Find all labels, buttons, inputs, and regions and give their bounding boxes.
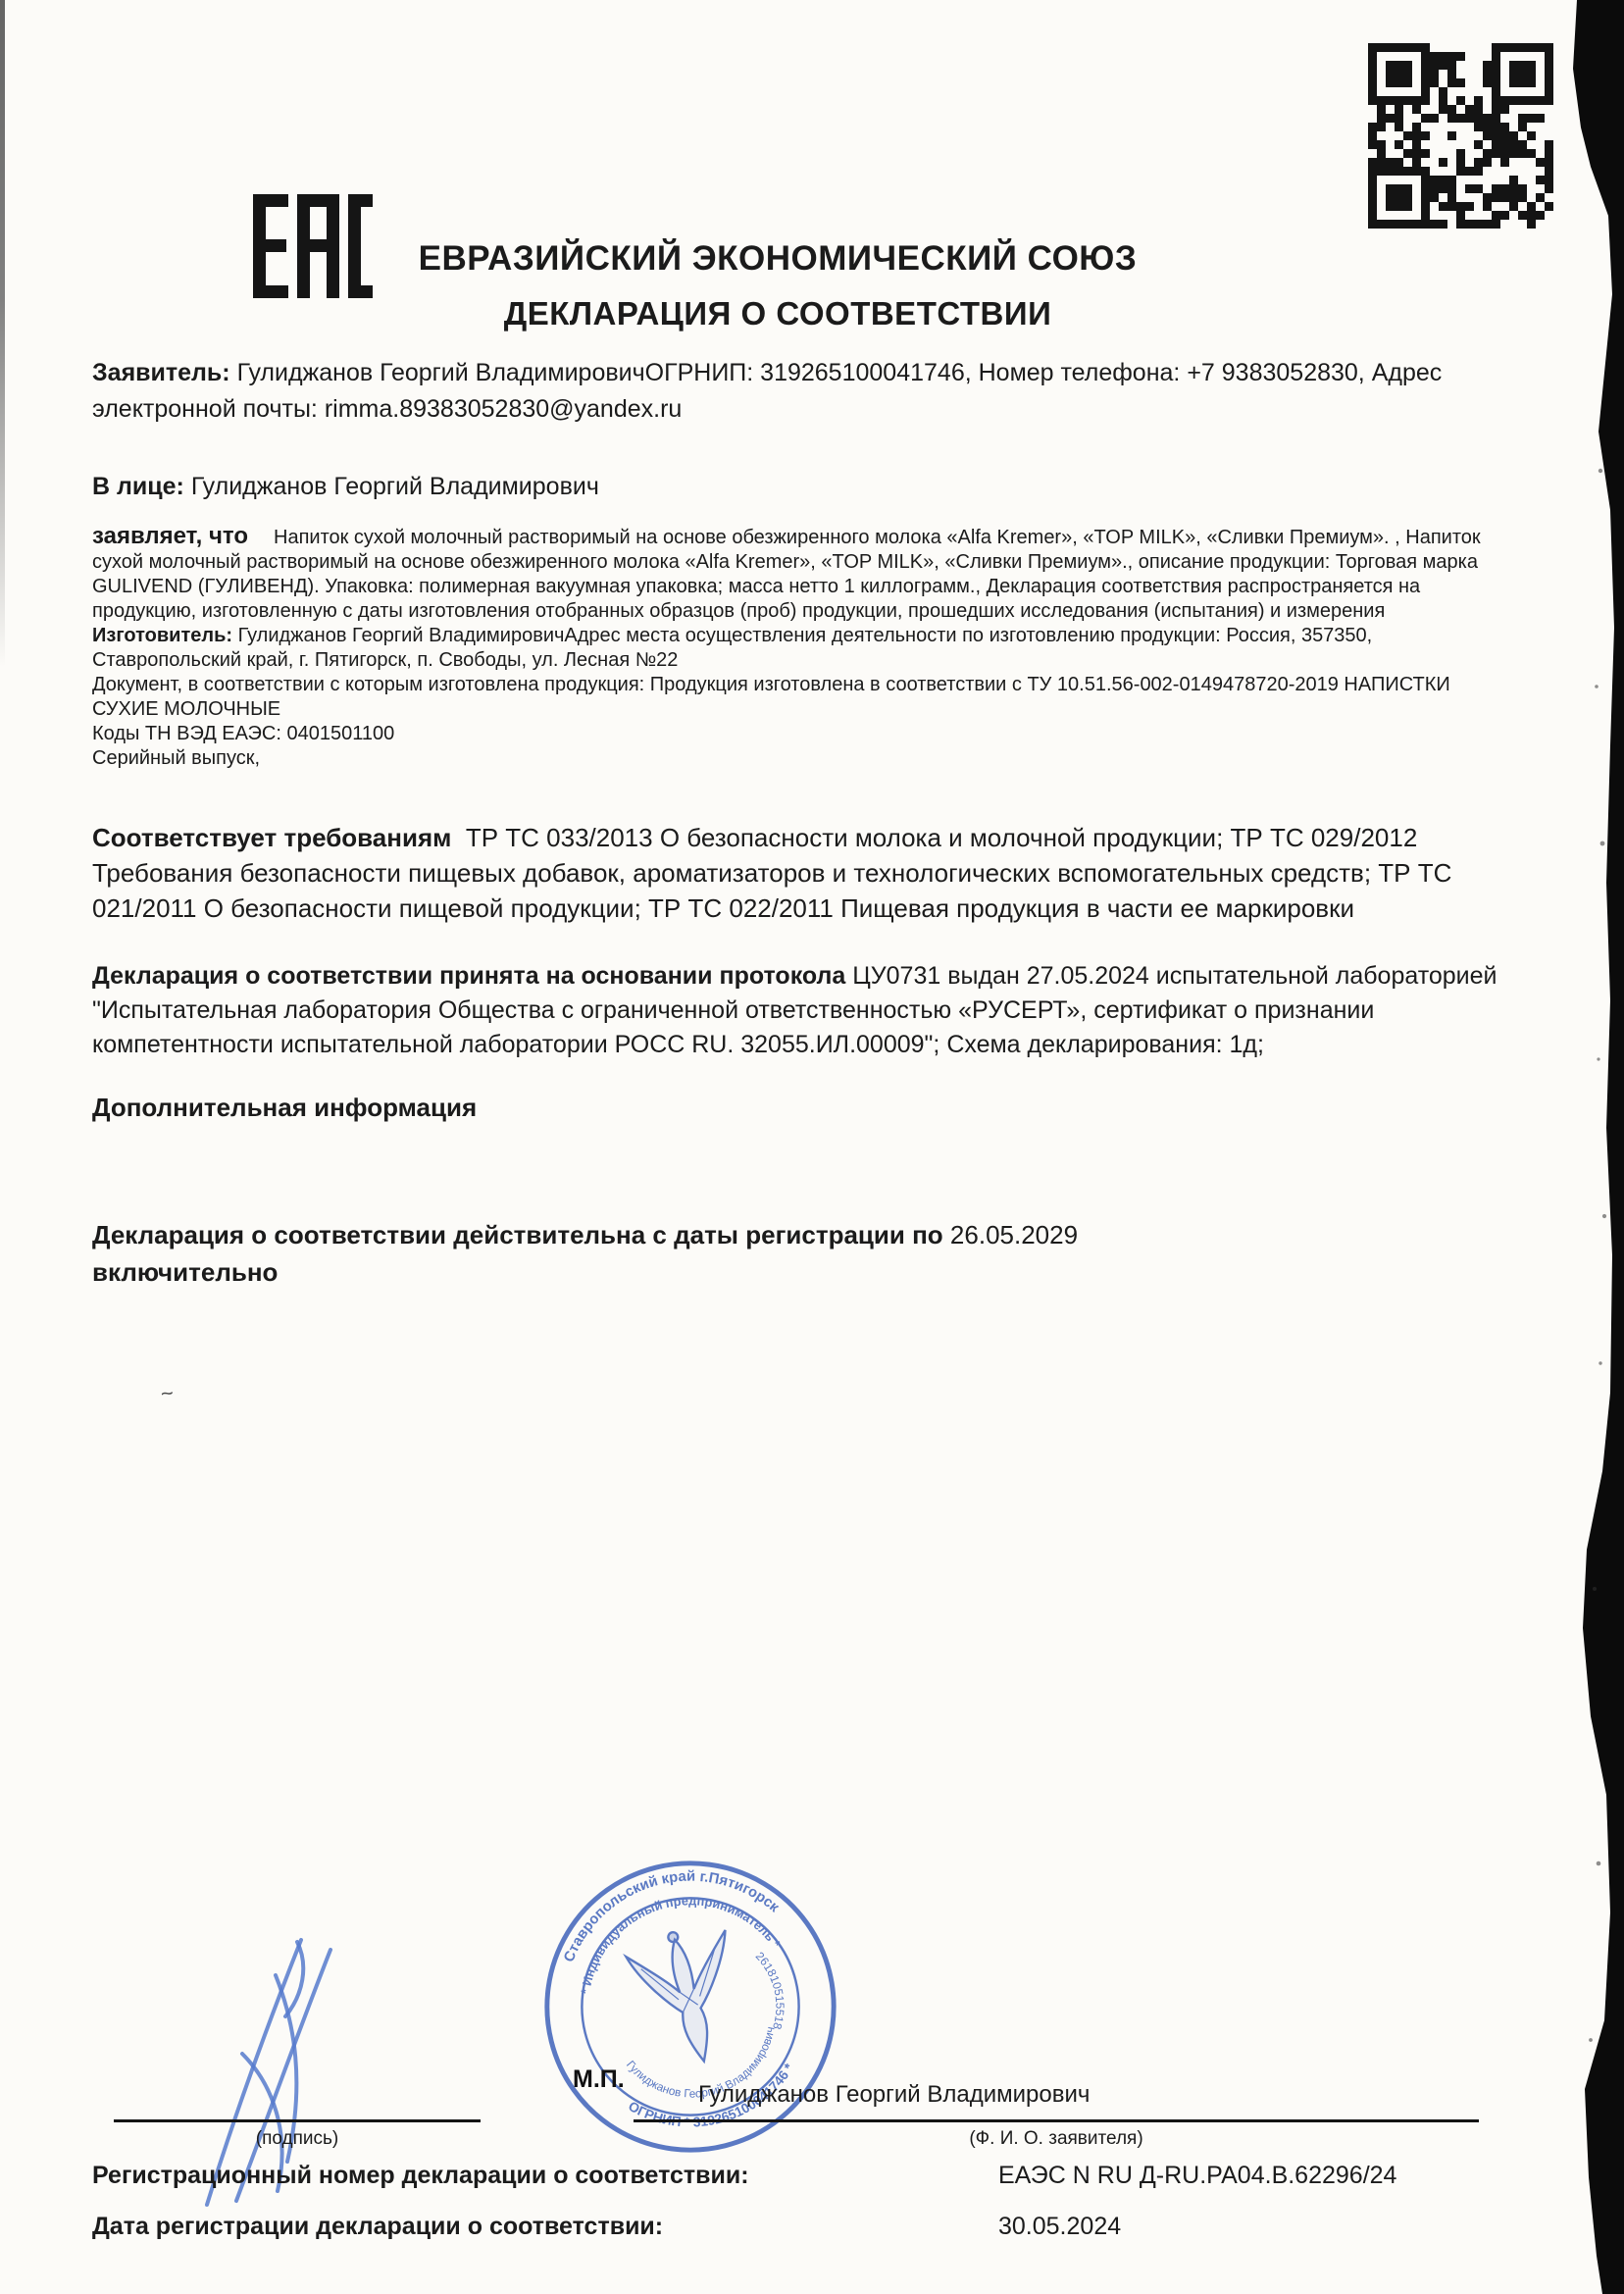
document-basis-paragraph: Документ, в соответствии с которым изгот… (92, 673, 1520, 722)
in-person-paragraph: В лице: Гулиджанов Георгий Владимирович (92, 469, 1516, 505)
declares-text: Напиток сухой молочный растворимый на ос… (92, 527, 1481, 622)
applicant-name-caption: (Ф. И. О. заявителя) (634, 2128, 1479, 2150)
document-header: ЕВРАЗИЙСКИЙ ЭКОНОМИЧЕСКИЙ СОЮЗ ДЕКЛАРАЦИ… (0, 239, 1555, 332)
manufacturer-label: Изготовитель: (92, 625, 232, 646)
declares-label: заявляет, что (92, 523, 248, 549)
validity-label: Декларация о соответствии действительна … (92, 1220, 943, 1249)
declaration-document: ЕВРАЗИЙСКИЙ ЭКОНОМИЧЕСКИЙ СОЮЗ ДЕКЛАРАЦИ… (0, 0, 1624, 2294)
applicant-value: Гулиджанов Георгий ВладимировичОГРНИП: 3… (92, 359, 1442, 423)
scan-speck-artifact: ~ (159, 1380, 175, 1407)
issue-type-line: Серийный выпуск, (92, 746, 1520, 771)
scan-edge-artifact-left (0, 0, 5, 667)
conformity-label: Соответствует требованиям (92, 823, 451, 852)
in-person-label: В лице: (92, 473, 184, 500)
page-title: ДЕКЛАРАЦИЯ О СООТВЕТСТВИИ (0, 295, 1555, 332)
protocol-paragraph: Декларация о соответствии принята на осн… (92, 959, 1526, 1062)
signature-caption: (подпись) (114, 2128, 481, 2150)
applicant-paragraph: Заявитель: Гулиджанов Георгий Владимиров… (92, 355, 1516, 428)
tnved-codes-line: Коды ТН ВЭД ЕАЭС: 0401501100 (92, 722, 1520, 746)
qr-code-icon (1368, 43, 1553, 229)
registration-number-label: Регистрационный номер декларации о соотв… (92, 2162, 749, 2190)
in-person-value: Гулиджанов Георгий Владимирович (191, 473, 599, 500)
validity-suffix: включительно (92, 1253, 1526, 1291)
validity-paragraph: Декларация о соответствии действительна … (92, 1216, 1526, 1291)
declares-paragraph: заявляет, чтоНапиток сухой молочный раст… (92, 524, 1520, 624)
additional-info-heading: Дополнительная информация (92, 1093, 477, 1123)
applicant-name: Гулиджанов Георгий Владимирович (698, 2081, 1090, 2109)
conformity-paragraph: Соответствует требованиям ТР ТС 033/2013… (92, 820, 1526, 926)
applicant-label: Заявитель: (92, 359, 230, 386)
union-title: ЕВРАЗИЙСКИЙ ЭКОНОМИЧЕСКИЙ СОЮЗ (0, 239, 1555, 279)
scan-edge-artifact-right (1561, 0, 1624, 2294)
product-description-block: заявляет, чтоНапиток сухой молочный раст… (92, 524, 1520, 771)
registration-number-value: ЕАЭС N RU Д-RU.РА04.В.62296/24 (998, 2162, 1396, 2190)
stamp-place-label: М.П. (573, 2065, 625, 2094)
protocol-label: Декларация о соответствии принята на осн… (92, 962, 845, 990)
manufacturer-text: Гулиджанов Георгий ВладимировичАдрес мес… (92, 625, 1372, 671)
validity-date: 26.05.2029 (950, 1220, 1078, 1249)
registration-date-value: 30.05.2024 (998, 2213, 1121, 2241)
registration-date-label: Дата регистрации декларации о соответств… (92, 2213, 663, 2241)
validity-line1: Декларация о соответствии действительна … (92, 1216, 1526, 1253)
stamp-eagle-icon (623, 1919, 754, 2073)
signature-line (114, 2082, 481, 2122)
manufacturer-paragraph: Изготовитель: Гулиджанов Георгий Владими… (92, 624, 1520, 673)
